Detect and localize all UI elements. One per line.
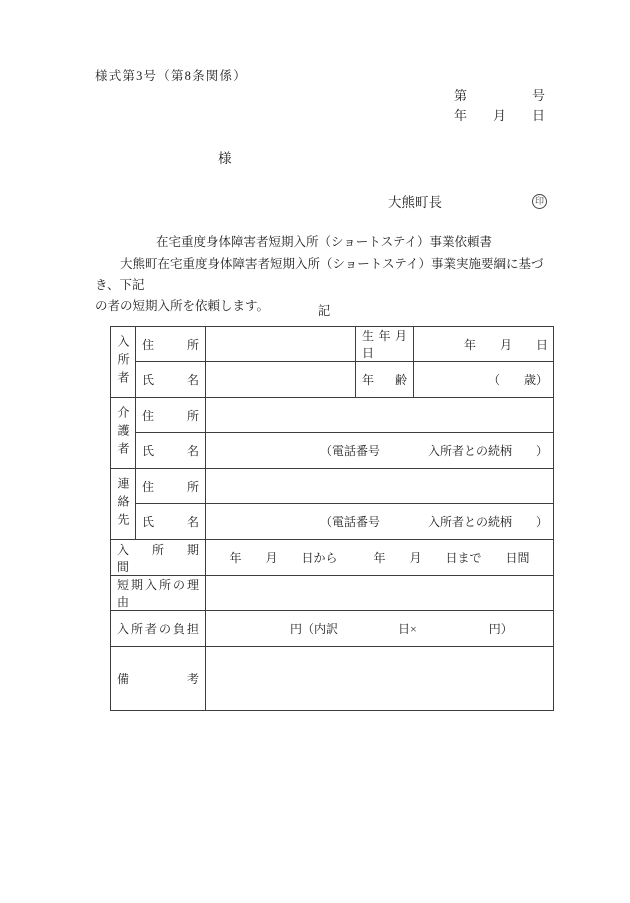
contact-name-field: （電話番号 入所者との続柄 ） xyxy=(206,504,554,540)
reason-label-cell: 短期入所の理由 xyxy=(111,576,206,611)
table-row-caregiver-name: 氏 名 （電話番号 入所者との続柄 ） xyxy=(111,433,554,469)
body-line-1: 大熊町在宅重度身体障害者短期入所（ショートステイ）事業実施要綱に基づき、下記 xyxy=(95,254,561,296)
form-page: 様式第3号（第8条関係） 第 号 年 月 日 様 大熊町長 印 在宅重度身体障害… xyxy=(0,0,630,903)
form-number-label: 様式第3号（第8条関係） xyxy=(95,66,247,84)
admittee-age-field: （ 歳） xyxy=(414,362,554,398)
document-title: 在宅重度身体障害者短期入所（ショートステイ）事業依頼書 xyxy=(95,232,553,250)
burden-field: 円（内訳 日× 円） xyxy=(206,611,554,647)
admittee-birthdate-field: 年 月 日 xyxy=(414,327,554,362)
addressee-suffix: 様 xyxy=(218,147,232,167)
remarks-label-cell: 備 考 xyxy=(111,647,206,711)
caregiver-name-label-cell: 氏 名 xyxy=(136,433,206,469)
group-header-contact: 連絡先 xyxy=(111,469,136,540)
sender-name: 大熊町長 xyxy=(388,191,442,211)
form-table-wrap: 入所者 住 所 生年月日 年 月 日 氏 名 年 齢 （ xyxy=(110,326,554,711)
table-row-contact-name: 氏 名 （電話番号 入所者との続柄 ） xyxy=(111,504,554,540)
table-row-burden: 入所者の負担 円（内訳 日× 円） xyxy=(111,611,554,647)
seal-mark-icon: 印 xyxy=(532,194,547,209)
caregiver-name-field: （電話番号 入所者との続柄 ） xyxy=(206,433,554,469)
date-line: 年 月 日 xyxy=(370,106,545,126)
admittee-address-field xyxy=(206,327,356,362)
contact-address-label-cell: 住 所 xyxy=(136,469,206,504)
admittee-age-label-cell: 年 齢 xyxy=(356,362,414,398)
reason-field xyxy=(206,576,554,611)
caregiver-address-field xyxy=(206,398,554,433)
doc-number-line: 第 号 xyxy=(370,86,545,106)
table-row-contact-address: 連絡先 住 所 xyxy=(111,469,554,504)
form-table: 入所者 住 所 生年月日 年 月 日 氏 名 年 齢 （ xyxy=(110,326,554,711)
admittee-address-label-cell: 住 所 xyxy=(136,327,206,362)
sender-line: 大熊町長 印 xyxy=(388,191,547,211)
burden-label-cell: 入所者の負担 xyxy=(111,611,206,647)
table-row-caregiver-address: 介護者 住 所 xyxy=(111,398,554,433)
group-header-admittee: 入所者 xyxy=(111,327,136,398)
contact-name-label-cell: 氏 名 xyxy=(136,504,206,540)
admittee-name-field xyxy=(206,362,356,398)
table-row-admittee-name: 氏 名 年 齢 （ 歳） xyxy=(111,362,554,398)
admittee-name-label-cell: 氏 名 xyxy=(136,362,206,398)
period-field: 年 月 日から 年 月 日まで 日間 xyxy=(206,540,554,576)
table-row-period: 入 所 期 間 年 月 日から 年 月 日まで 日間 xyxy=(111,540,554,576)
table-row-admittee-address: 入所者 住 所 生年月日 年 月 日 xyxy=(111,327,554,362)
record-mark: 記 xyxy=(95,301,553,319)
table-row-remarks: 備 考 xyxy=(111,647,554,711)
admittee-birthdate-label-cell: 生年月日 xyxy=(356,327,414,362)
group-header-caregiver: 介護者 xyxy=(111,398,136,469)
reference-block: 第 号 年 月 日 xyxy=(370,86,545,126)
period-label-cell: 入 所 期 間 xyxy=(111,540,206,576)
contact-address-field xyxy=(206,469,554,504)
table-row-reason: 短期入所の理由 xyxy=(111,576,554,611)
remarks-field xyxy=(206,647,554,711)
caregiver-address-label-cell: 住 所 xyxy=(136,398,206,433)
